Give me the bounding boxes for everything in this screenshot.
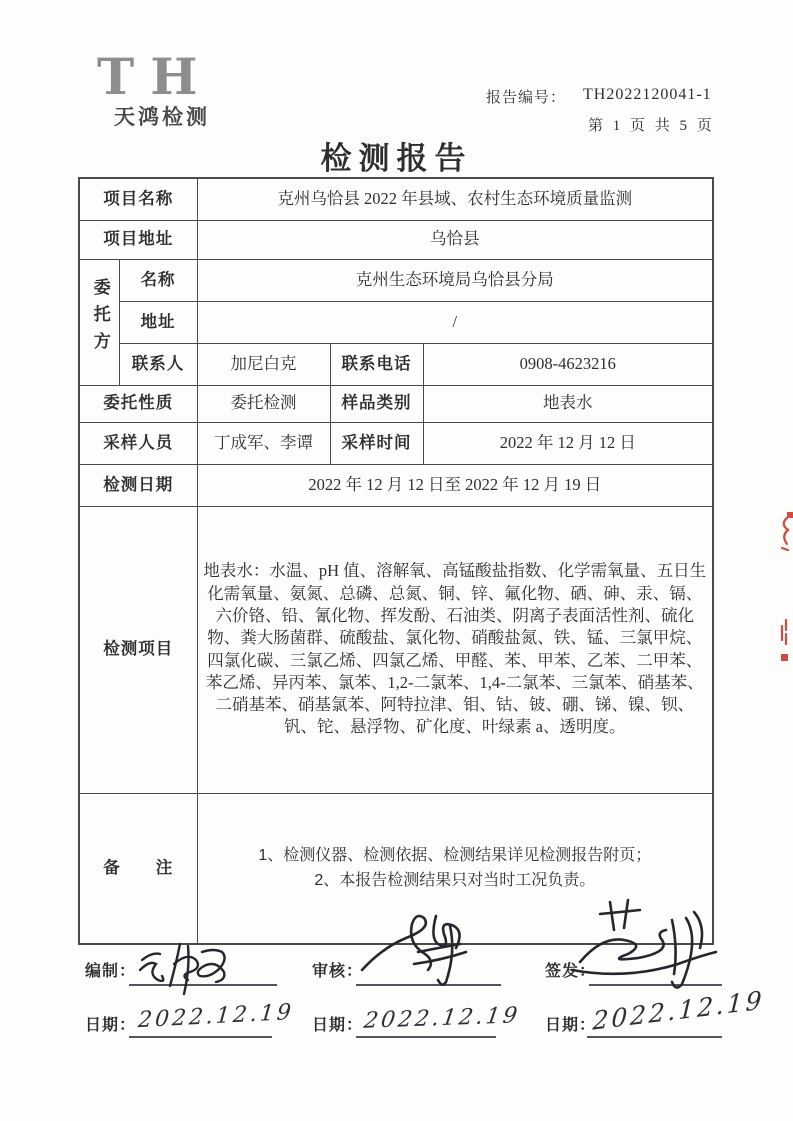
client-name-value: 克州生态环境局乌恰县分局 xyxy=(197,259,713,301)
contact-person-label: 联系人 xyxy=(119,343,197,385)
prepared-date-label: 日期： xyxy=(85,1012,136,1035)
reviewed-signature xyxy=(358,908,498,990)
client-address-value: / xyxy=(197,301,713,343)
company-logo: TH xyxy=(97,52,213,102)
table-row: 联系人 加尼白克 联系电话 0908-4623216 xyxy=(79,343,713,385)
report-info-table: 项目名称 克州乌恰县 2022 年县域、农村生态环境质量监测 项目地址 乌恰县 … xyxy=(78,177,714,945)
reviewed-date-value: 2022.12.19 xyxy=(362,1003,521,1034)
table-row: 检测日期 2022 年 12 月 12 日至 2022 年 12 月 19 日 xyxy=(79,464,713,506)
red-stamp-fragment-icon xyxy=(778,616,793,664)
remark-line-1: 1、检测仪器、检测依据、检测结果详见检测报告附页； xyxy=(202,843,709,868)
report-number-value: TH2022120041-1 xyxy=(583,86,712,104)
client-group-label: 委托方 xyxy=(79,259,119,385)
table-row: 委托性质 委托检测 样品类别 地表水 xyxy=(79,385,713,422)
samplers-value: 丁成军、李谭 xyxy=(197,422,330,464)
contact-person-value: 加尼白克 xyxy=(197,343,330,385)
page-title: 检测报告 xyxy=(0,133,793,178)
prepared-by-label: 编制： xyxy=(85,958,136,981)
table-row: 检测项目 地表水：水温、pH 值、溶解氧、高锰酸盐指数、化学需氧量、五日生化需氧… xyxy=(79,506,713,793)
commission-type-label: 委托性质 xyxy=(79,385,197,422)
issued-date-line xyxy=(587,1036,722,1038)
remark-label: 备 注 xyxy=(79,793,197,944)
commission-type-value: 委托检测 xyxy=(197,385,330,422)
project-name-value: 克州乌恰县 2022 年县域、农村生态环境质量监测 xyxy=(197,178,713,220)
scanned-report-page: TH 天鸿检测 报告编号： TH2022120041-1 第 1 页 共 5 页… xyxy=(0,0,793,1121)
samplers-label: 采样人员 xyxy=(79,422,197,464)
project-name-label: 项目名称 xyxy=(79,178,197,220)
remark-line-2: 2、本报告检测结果只对当时工况负责。 xyxy=(202,868,709,893)
sampling-time-label: 采样时间 xyxy=(330,422,423,464)
reviewed-by-label: 审核： xyxy=(312,958,363,981)
table-row: 地址 / xyxy=(79,301,713,343)
red-stamp-fragment-icon xyxy=(776,510,793,552)
table-row: 委托方 名称 克州生态环境局乌恰县分局 xyxy=(79,259,713,301)
table-row: 项目地址 乌恰县 xyxy=(79,220,713,259)
client-group-label-text: 委托方 xyxy=(88,278,111,359)
test-date-value: 2022 年 12 月 12 日至 2022 年 12 月 19 日 xyxy=(197,464,713,506)
test-date-label: 检测日期 xyxy=(79,464,197,506)
table-row: 项目名称 克州乌恰县 2022 年县域、农村生态环境质量监测 xyxy=(79,178,713,220)
project-address-value: 乌恰县 xyxy=(197,220,713,259)
table-row: 采样人员 丁成军、李谭 采样时间 2022 年 12 月 12 日 xyxy=(79,422,713,464)
reviewed-date-label: 日期： xyxy=(312,1012,363,1035)
prepared-date-line xyxy=(129,1036,272,1038)
issued-date-label: 日期： xyxy=(545,1012,596,1035)
client-address-label: 地址 xyxy=(119,301,197,343)
reviewed-date-line xyxy=(356,1036,496,1038)
prepared-signature xyxy=(136,938,251,996)
project-address-label: 项目地址 xyxy=(79,220,197,259)
sample-category-label: 样品类别 xyxy=(330,385,423,422)
contact-phone-label: 联系电话 xyxy=(330,343,423,385)
contact-phone-value: 0908-4623216 xyxy=(423,343,713,385)
client-name-label: 名称 xyxy=(119,259,197,301)
sample-category-value: 地表水 xyxy=(423,385,713,422)
issued-signature xyxy=(566,896,734,996)
company-logo-name: 天鸿检测 xyxy=(114,101,210,131)
test-items-label: 检测项目 xyxy=(79,506,197,793)
prepared-date-value: 2022.12.19 xyxy=(137,1000,295,1033)
page-number-info: 第 1 页 共 5 页 xyxy=(588,114,715,135)
test-items-value: 地表水：水温、pH 值、溶解氧、高锰酸盐指数、化学需氧量、五日生化需氧量、氨氮、… xyxy=(197,506,713,793)
report-number-label: 报告编号： xyxy=(486,86,566,107)
sampling-time-value: 2022 年 12 月 12 日 xyxy=(423,422,713,464)
